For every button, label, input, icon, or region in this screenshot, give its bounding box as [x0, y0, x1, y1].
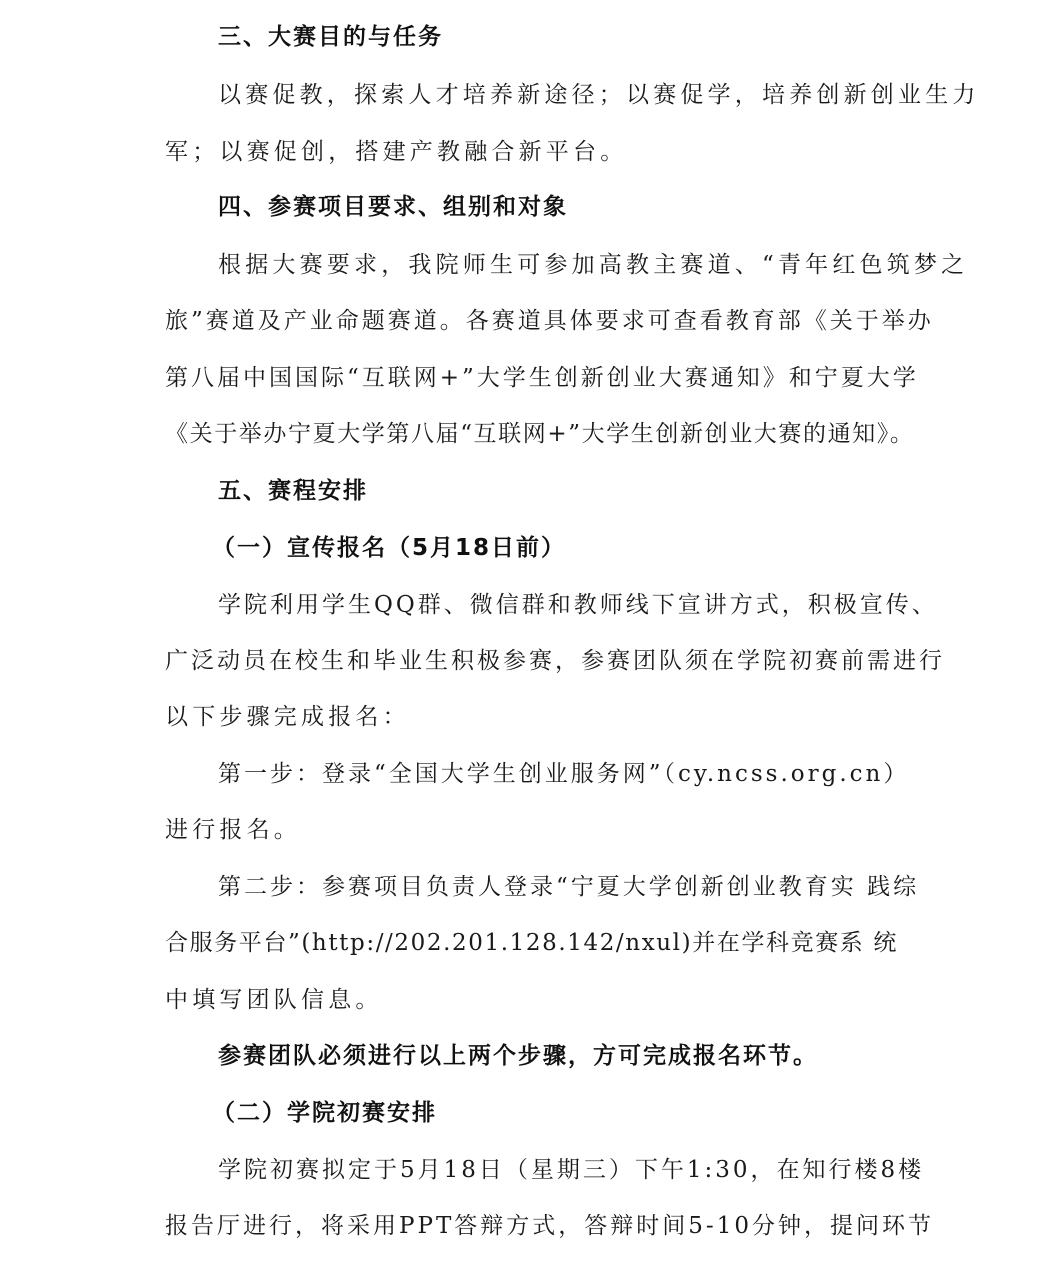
step-one-line: 进行报名。: [165, 815, 301, 845]
paragraph-line: 军；以赛促创，搭建产教融合新平台。: [165, 137, 627, 167]
step-two-line: 合服务平台”(http://202.201.128.142/nxul)并在学科竞…: [165, 928, 898, 958]
step-two-line: 第二步：参赛项目负责人登录“宁夏大学创新创业教育实 践综: [218, 872, 919, 902]
step-two-line: 中填写团队信息。: [165, 985, 383, 1015]
registration-note: 参赛团队必须进行以上两个步骤，方可完成报名环节。: [218, 1041, 818, 1071]
subsection-heading-5-1: （一）宣传报名（5月18日前）: [212, 533, 566, 563]
paragraph-line: 学院初赛拟定于5月18日（星期三）下午1:30，在知行楼8楼: [218, 1155, 924, 1185]
section-heading-4: 四、参赛项目要求、组别和对象: [218, 192, 568, 222]
paragraph-line: 根据大赛要求，我院师生可参加高教主赛道、“青年红色筑梦之: [218, 250, 968, 280]
subsection-heading-5-2: （二）学院初赛安排: [212, 1098, 437, 1128]
paragraph-line: 第八届中国国际“互联网+”大学生创新创业大赛通知》和宁夏大学: [165, 363, 919, 393]
paragraph-line: 报告厅进行，将采用PPT答辩方式，答辩时间5-10分钟，提问环节: [165, 1211, 934, 1241]
paragraph-line: 《关于举办宁夏大学第八届“互联网+”大学生创新创业大赛的通知》。: [165, 419, 915, 449]
paragraph-line: 以下步骤完成报名：: [165, 702, 410, 732]
paragraph-line: 广泛动员在校生和毕业生积极参赛，参赛团队须在学院初赛前需进行: [165, 646, 945, 676]
paragraph-line: 以赛促教，探索人才培养新途径；以赛促学，培养创新创业生力: [218, 80, 980, 110]
section-heading-3: 三、大赛目的与任务: [218, 22, 443, 52]
step-one-line: 第一步：登录“全国大学生创业服务网”（cy.ncss.org.cn）: [218, 759, 909, 789]
section-heading-5: 五、赛程安排: [218, 476, 368, 506]
document-page: 三、大赛目的与任务 以赛促教，探索人才培养新途径；以赛促学，培养创新创业生力 军…: [0, 0, 1040, 1273]
paragraph-line: 旅”赛道及产业命题赛道。各赛道具体要求可查看教育部《关于举办: [165, 306, 934, 336]
paragraph-line: 学院利用学生QQ群、微信群和教师线下宣讲方式，积极宣传、: [218, 590, 938, 620]
